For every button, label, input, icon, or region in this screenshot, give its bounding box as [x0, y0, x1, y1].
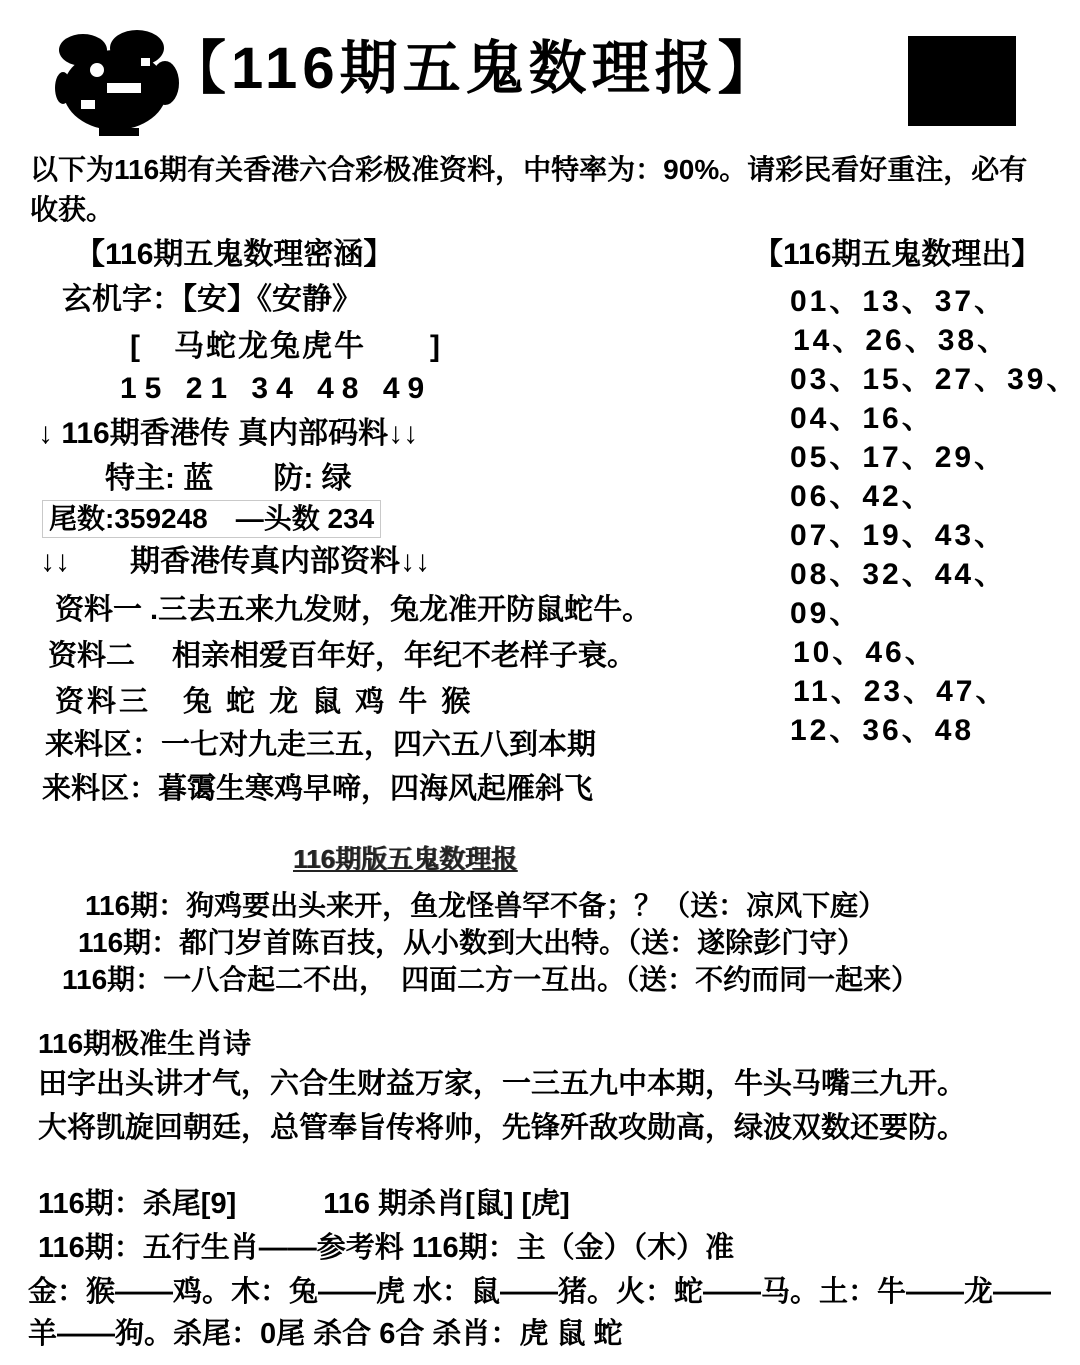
output-row: 10、46、: [793, 636, 938, 671]
arrow-line-1: ↓ 116期香港传 真内部码料↓↓: [38, 417, 418, 452]
sha-line: 116期：杀尾[9] 116 期杀肖[鼠] [虎]: [38, 1188, 570, 1221]
lailiao-line-2: 来料区：暮霭生寒鸡早啼，四海风起雁斜飞: [42, 773, 593, 806]
corner-black-block: [908, 36, 1016, 126]
ziliao-line-1: 资料一 .三去五来九发财，兔龙准开防鼠蛇牛。: [55, 594, 651, 627]
output-section-title: 【116期五鬼数理出】: [753, 238, 1041, 273]
page-title: 【116期五鬼数理报】: [168, 36, 781, 103]
numbers-line: 15 21 34 48 49: [120, 372, 432, 407]
tezhu-line: 特主: 蓝 防: 绿: [105, 462, 352, 497]
secret-section-title: 【116期五鬼数理密涵】: [75, 238, 393, 273]
output-row: 07、19、43、: [790, 519, 1007, 554]
weishu-line: 尾数:359248 —头数 234: [42, 500, 381, 538]
wuxing-pair-line-2: 羊——狗。杀尾：0尾 杀合 6合 杀肖：虎 鼠 蛇: [28, 1318, 623, 1351]
zodiac-bracket-line: [ 马蛇龙兔虎牛 ]: [130, 330, 442, 365]
wuxing-line: 116期：五行生肖——参考料 116期：主（金）（木）准: [38, 1232, 734, 1265]
fax-line-3: 116期：一八合起二不出， 四面二方一互出。（送：不约而同一起来）: [62, 964, 919, 996]
output-row: 14、26、38、: [793, 324, 1010, 359]
output-row: 06、42、: [790, 480, 935, 515]
ziliao-line-3: 资料三 兔 蛇 龙 鼠 鸡 牛 猴: [55, 686, 473, 719]
arrow-line-2: ↓↓ 期香港传真内部资料↓↓: [40, 545, 430, 580]
output-row: 09、: [790, 597, 862, 632]
wuxing-pair-line-1: 金：猴——鸡。木：兔——虎 水：鼠——猪。火：蛇——马。土：牛——龙——: [28, 1276, 1051, 1309]
intro-paragraph: 以下为116期有关香港六合彩极准资料，中特率为：90%。请彩民看好重注，必有收获…: [30, 150, 1055, 230]
output-row: 04、16、: [790, 402, 935, 437]
output-row: 01、13、37、: [790, 285, 1007, 320]
output-row: 03、15、27、39、: [790, 363, 1079, 398]
fax-line-1: 116期：狗鸡要出头来开，鱼龙怪兽罕不备；？（送：凉风下庭）: [85, 890, 886, 922]
fax-report-page: 【116期五鬼数理报】 以下为116期有关香港六合彩极准资料，中特率为：90%。…: [0, 0, 1080, 1365]
fax-heading: 116期版五鬼数理报: [293, 845, 517, 875]
lailiao-line-1: 来料区：一七对九走三五，四六五八到本期: [45, 729, 596, 762]
output-row: 08、32、44、: [790, 558, 1007, 593]
output-row: 11、23、47、: [793, 675, 1008, 710]
output-row: 05、17、29、: [790, 441, 1007, 476]
poem-line-1: 田字出头讲才气，六合生财益万家，一三五九中本期，牛头马嘴三九开。: [38, 1068, 966, 1101]
output-row: 12、36、48: [790, 714, 974, 749]
fax-line-2: 116期：都门岁首陈百技，从小数到大出特。（送：遂除彭门守）: [78, 927, 865, 959]
xuanji-line: 玄机字：【安】《安静》: [62, 283, 362, 318]
ziliao-line-2: 资料二 相亲相爱百年好，年纪不老样子衰。: [48, 640, 636, 673]
poem-line-2: 大将凯旋回朝廷，总管奉旨传将帅，先锋歼敌攻勋高，绿波双数还要防。: [38, 1112, 966, 1145]
poem-heading: 116期极准生肖诗: [38, 1028, 251, 1060]
